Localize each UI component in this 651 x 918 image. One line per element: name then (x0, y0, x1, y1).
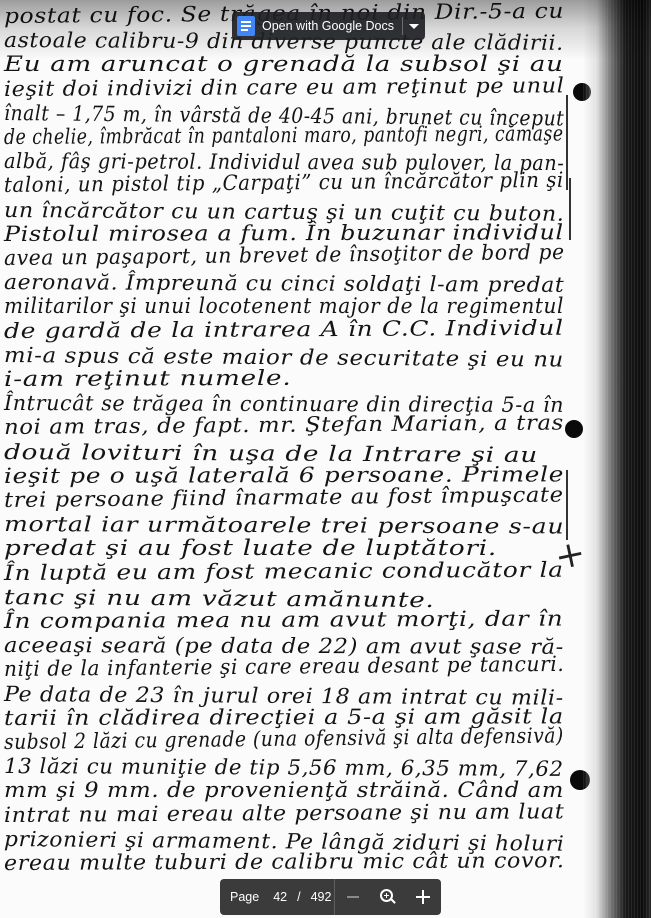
plus-icon (416, 890, 430, 904)
total-pages: 492 (311, 890, 332, 904)
margin-bracket-line (566, 95, 568, 190)
open-with-button-group: Open with Google Docs (232, 12, 425, 40)
handwritten-line: trei persoane fiind înarmate au fost împ… (4, 483, 564, 512)
zoom-controls (335, 879, 441, 915)
handwritten-line: i-am reţinut numele. (4, 366, 292, 391)
handwritten-line: În compania mea nu am avut morţi, dar în (4, 607, 563, 633)
scanned-document-page: postat cu foc. Se trăgea în noi din Dir.… (0, 0, 651, 918)
open-with-google-docs-button[interactable]: Open with Google Docs (232, 12, 402, 40)
handwritten-line: noi am tras, de fapt. mr. Ştefan Marian,… (4, 411, 564, 440)
zoom-out-button[interactable] (340, 884, 366, 910)
open-with-label: Open with Google Docs (262, 19, 394, 33)
caret-down-icon (409, 24, 419, 29)
page-toolbar: Page 42 / 492 (220, 879, 441, 915)
handwritten-line: avea un paşaport, un brevet de însoţitor… (4, 240, 565, 270)
open-with-menu-button[interactable] (403, 12, 425, 40)
handwritten-line: Eu am aruncat o grenadă la subsol şi au (4, 52, 564, 76)
page-label: Page (230, 890, 259, 904)
drive-file-viewer: postat cu foc. Se trăgea în noi din Dir.… (0, 0, 651, 918)
handwritten-line: mm şi 9 mm. de provenienţă străină. Când… (4, 778, 564, 802)
handwritten-line: de chelie, îmbrăcat în pantaloni maro, p… (4, 121, 564, 149)
handwritten-line: predat şi au fost luate de luptători. (4, 536, 497, 560)
zoom-fit-button[interactable] (375, 884, 401, 910)
handwritten-line: intrat nu mai ereau alte persoane şi nu … (4, 799, 565, 827)
handwritten-line: niţi de la infanterie şi care ereau desa… (4, 652, 565, 681)
zoom-in-button[interactable] (410, 884, 436, 910)
margin-bracket-line (569, 178, 571, 240)
minus-icon (347, 896, 359, 898)
handwritten-line: ereau multe tuburi de calibru mic cât un… (4, 848, 565, 875)
handwritten-line: de gardă de la intrarea A în C.C. Indivi… (4, 315, 564, 342)
handwritten-line: mortal iar următoarele trei persoane s-a… (4, 512, 564, 538)
scan-shadow-edge (583, 0, 651, 918)
google-docs-icon (237, 16, 255, 36)
handwritten-line: taloni, un pistol tip „Carpaţi” cu un în… (4, 168, 564, 197)
page-indicator: Page 42 / 492 (220, 879, 334, 915)
handwritten-line: 13 lăzi cu muniţie de tip 5,56 mm, 6,35 … (4, 754, 564, 781)
margin-bracket-line (566, 470, 568, 540)
handwritten-line: militarilor şi unui locotenent major de … (4, 294, 564, 318)
handwritten-line: În luptă eu am fost mecanic conducător l… (4, 557, 564, 584)
zoom-icon (380, 889, 396, 905)
page-separator: / (297, 890, 300, 904)
punch-hole (565, 420, 583, 438)
current-page-number[interactable]: 42 (273, 890, 287, 904)
handwritten-line: aeronavă. Împreună cu cinci soldaţi l-am… (4, 270, 564, 297)
handwritten-line: ieşit doi indivizi din care eu am reţinu… (4, 73, 565, 101)
